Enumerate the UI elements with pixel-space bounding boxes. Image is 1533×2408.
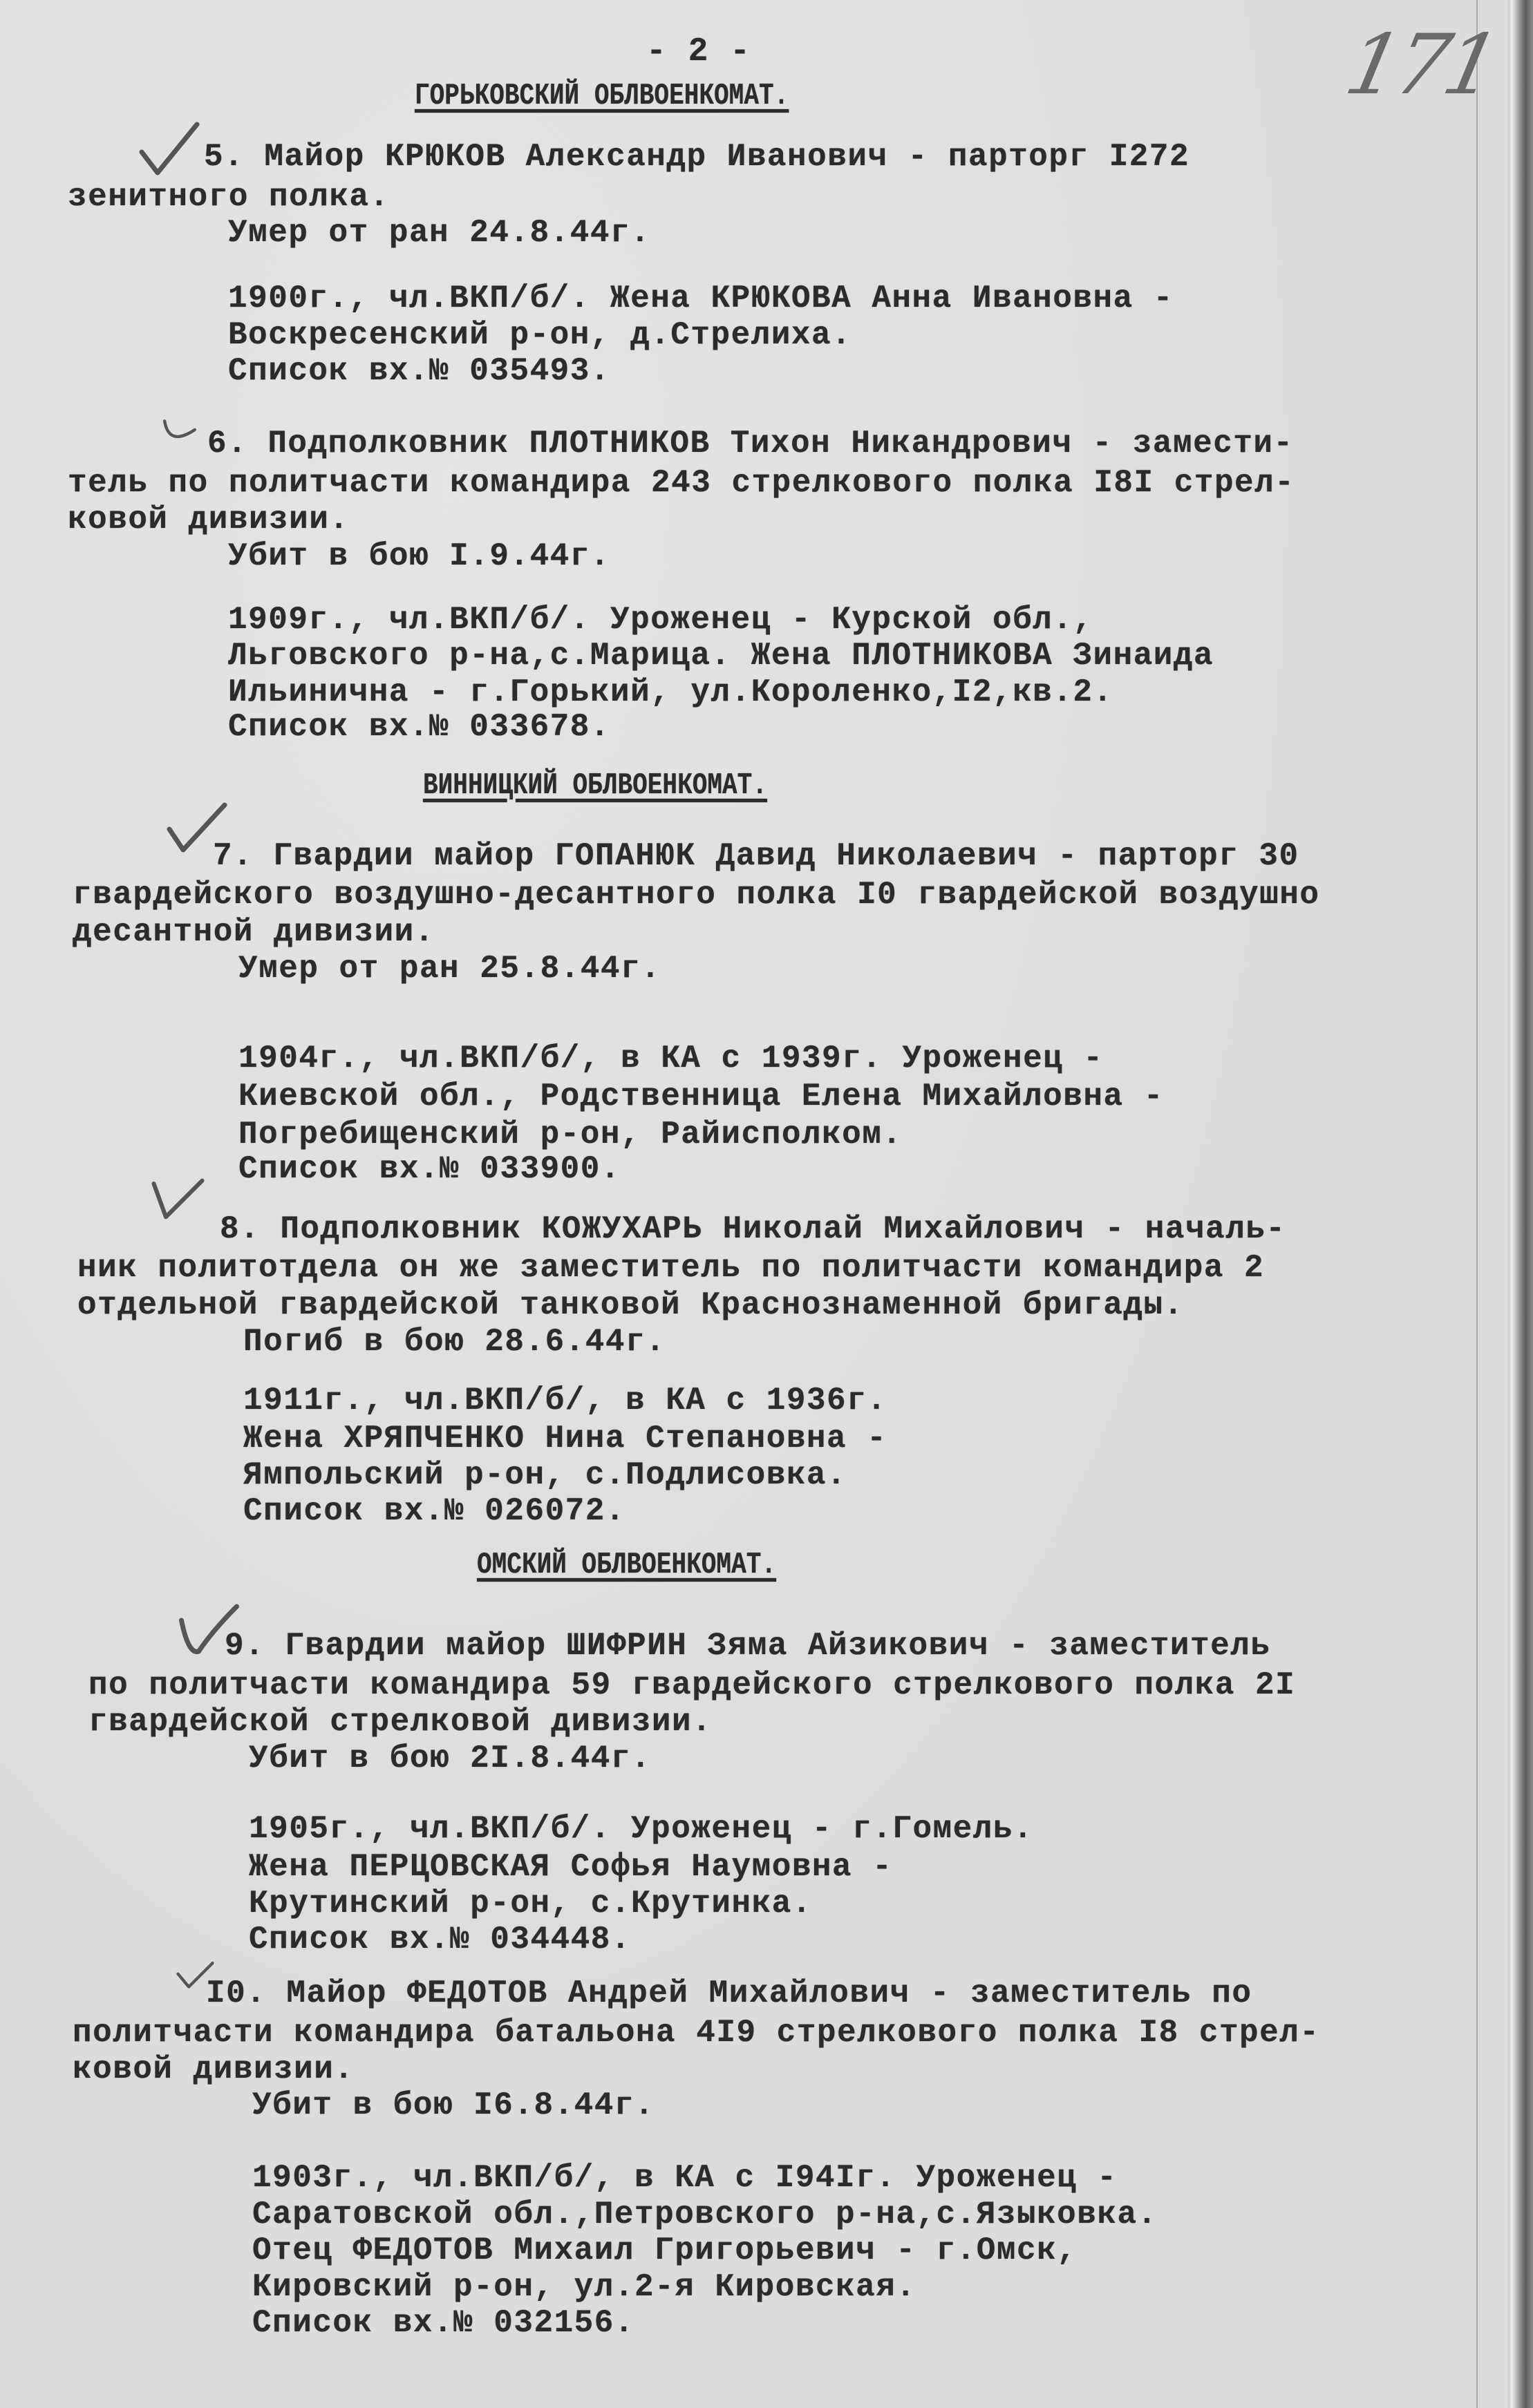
entry-7-detail-3: Погребищенский р-он, Райисполком.: [238, 1116, 902, 1153]
binding-edge: [1508, 0, 1533, 2408]
entry-7-line-3: десантной дивизии.: [73, 913, 435, 951]
entry-5-line-2: зенитного полка.: [68, 178, 390, 216]
checkmark-icon: [156, 415, 204, 449]
handwritten-folio-number: 171: [1338, 21, 1503, 111]
document-page: - 2 - 171 ГОРЬКОВСКИЙ ОБЛВОЕНКОМАТ. 5. М…: [0, 0, 1508, 2408]
entry-7-detail-1: 1904г., чл.ВКП/б/, в КА с 1939г. Урожене…: [238, 1040, 1104, 1077]
entry-9-line-3: гвардейской стрелковой дивизии.: [88, 1703, 712, 1741]
section-header-vinnitsa: ВИННИЦКИЙ ОБЛВОЕНКОМАТ.: [423, 767, 767, 804]
section-header-gorky: ГОРЬКОВСКИЙ ОБЛВОЕНКОМАТ.: [415, 77, 789, 115]
entry-10-detail-2: Саратовской обл.,Петровского р-на,с.Язык…: [252, 2196, 1158, 2233]
entry-8-line-1: 8. Подполковник КОЖУХАРЬ Николай Михайло…: [220, 1211, 1286, 1248]
entry-8-line-3: отдельной гвардейской танковой Краснозна…: [77, 1287, 1184, 1324]
checkmark-icon: [138, 121, 200, 176]
entry-9-death: Убит в бою 2I.8.44г.: [249, 1740, 651, 1777]
entry-6-detail-1: 1909г., чл.ВКП/б/. Уроженец - Курской об…: [228, 601, 1093, 638]
entry-5-line-1: 5. Майор КРЮКОВ Александр Иванович - пар…: [204, 138, 1189, 176]
entry-9-line-2: по политчасти командира 59 гвардейского …: [88, 1667, 1295, 1704]
entry-10-detail-5: Список вх.№ 032156.: [252, 2304, 634, 2342]
entry-8-detail-2: Жена ХРЯПЧЕНКО Нина Степановна -: [243, 1420, 887, 1457]
entry-9-detail-4: Список вх.№ 034448.: [249, 1921, 631, 1958]
entry-6-detail-2: Льговского р-на,с.Марица. Жена ПЛОТНИКОВ…: [228, 637, 1214, 674]
entry-10-detail-4: Кировский р-он, ул.2-я Кировская.: [252, 2268, 916, 2306]
entry-10-detail-3: Отец ФЕДОТОВ Михаил Григорьевич - г.Омск…: [252, 2232, 1077, 2269]
entry-6-line-1: 6. Подполковник ПЛОТНИКОВ Тихон Никандро…: [207, 425, 1294, 462]
entry-8-line-2: ник политотдела он же заместитель по пол…: [77, 1249, 1264, 1287]
entry-5-detail-3: Список вх.№ 035493.: [228, 352, 610, 390]
entry-8-death: Погиб в бою 28.6.44г.: [243, 1323, 666, 1361]
entry-10-line-3: ковой дивизии.: [73, 2051, 354, 2088]
checkmark-icon: [149, 1175, 207, 1223]
entry-9-detail-1: 1905г., чл.ВКП/б/. Уроженец - г.Гомель.: [249, 1810, 1033, 1848]
entry-9-line-1: 9. Гвардии майор ШИФРИН Зяма Айзикович -…: [225, 1627, 1270, 1665]
entry-9-detail-3: Крутинский р-он, с.Крутинка.: [249, 1885, 812, 1922]
entry-10-death: Убит в бою I6.8.44г.: [252, 2087, 655, 2124]
entry-5-detail-2: Воскресенский р-он, д.Стрелиха.: [228, 316, 852, 354]
entry-6-line-3: ковой дивизии.: [68, 501, 349, 538]
entry-9-detail-2: Жена ПЕРЦОВСКАЯ Софья Наумовна -: [249, 1848, 892, 1886]
entry-7-line-2: гвардейского воздушно-десантного полка I…: [73, 876, 1319, 913]
entry-5-detail-1: 1900г., чл.ВКП/б/. Жена КРЮКОВА Анна Ива…: [228, 280, 1174, 317]
entry-8-detail-1: 1911г., чл.ВКП/б/, в КА с 1936г.: [243, 1382, 887, 1419]
entry-7-detail-2: Киевской обл., Родственница Елена Михайл…: [238, 1078, 1164, 1115]
entry-6-death: Убит в бою I.9.44г.: [228, 538, 610, 575]
page-number: - 2 -: [646, 33, 751, 70]
entry-5-death: Умер от ран 24.8.44г.: [228, 214, 650, 252]
entry-6-detail-3: Ильинична - г.Горький, ул.Короленко,I2,к…: [228, 674, 1113, 711]
entry-10-detail-1: 1903г., чл.ВКП/б/, в КА с I94Iг. Урожене…: [252, 2159, 1118, 2197]
page-edge-line: [1476, 0, 1478, 2408]
entry-7-death: Умер от ран 25.8.44г.: [238, 950, 661, 987]
section-header-omsk: ОМСКИЙ ОБЛВОЕНКОМАТ.: [477, 1546, 776, 1584]
entry-8-detail-4: Список вх.№ 026072.: [243, 1492, 626, 1530]
entry-6-detail-4: Список вх.№ 033678.: [228, 708, 610, 746]
entry-8-detail-3: Ямпольский р-он, с.Подлисовка.: [243, 1457, 847, 1494]
entry-10-line-1: I0. Майор ФЕДОТОВ Андрей Михайлович - за…: [206, 1975, 1252, 2012]
entry-7-line-1: 7. Гвардии майор ГОПАНЮК Давид Николаеви…: [213, 837, 1299, 875]
entry-10-line-2: политчасти командира батальона 4I9 стрел…: [73, 2014, 1319, 2051]
entry-6-line-2: тель по политчасти командира 243 стрелко…: [68, 464, 1295, 502]
entry-7-detail-4: Список вх.№ 033900.: [238, 1150, 621, 1188]
